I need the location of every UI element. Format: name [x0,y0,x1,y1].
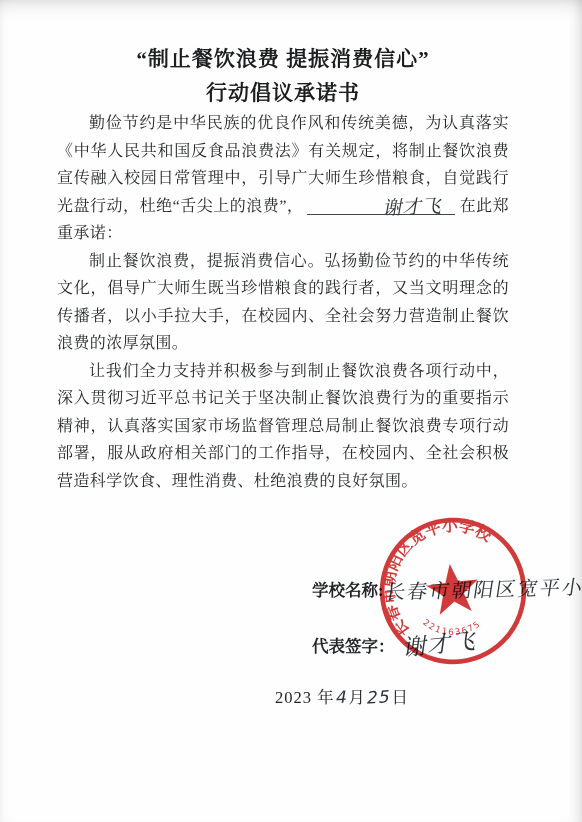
title-line-1: “制止餐饮浪费 提振消费信心” [57,42,509,76]
document-content: “制止餐饮浪费 提振消费信心” 行动倡议承诺书 勤俭节约是中华民族的优良作风和传… [57,42,509,495]
document-title: “制止餐饮浪费 提振消费信心” 行动倡议承诺书 [57,42,509,110]
stamp-ring-text: 长春市朝阳区宽平小学校 [370,511,508,642]
paragraph-3: 让我们全力支持并积极参与到制止餐饮浪费各项行动中，深入贯彻习近平总书记关于坚决制… [57,358,509,496]
date-year-printed: 2023 年 [275,688,335,707]
paragraph-2: 制止餐饮浪费，提振消费信心。弘扬勤俭节约的中华传统文化，倡导广大师生既当珍惜粮食… [57,248,509,358]
stamp-serial-number: 221163675 [420,611,484,642]
star-icon [424,561,481,616]
date-line: 2023 年4月25日 [0,684,582,708]
date-month-label: 月 [348,688,366,707]
handwritten-name-in-blank: 谢才飞 [351,199,444,216]
svg-text:长春市朝阳区宽平小学校: 长春市朝阳区宽平小学校 [370,511,508,642]
pledge-document-page: “制止餐饮浪费 提振消费信心” 行动倡议承诺书 勤俭节约是中华民族的优良作风和传… [0,0,582,822]
official-red-stamp: 长春市朝阳区宽平小学校 221163675 [367,505,539,677]
date-day-label: 日 [392,688,410,707]
svg-text:221163675: 221163675 [420,611,484,642]
paragraph-1: 勤俭节约是中华民族的优良作风和传统美德，为认真落实《中华人民共和国反食品浪费法》… [57,110,509,248]
signature-blank-underline: 谢才飞 [307,198,455,215]
date-month-handwritten: 4 [334,688,350,709]
title-line-2: 行动倡议承诺书 [57,76,509,110]
school-name-label: 学校名称: [312,581,384,600]
date-day-handwritten: 25 [365,687,393,709]
